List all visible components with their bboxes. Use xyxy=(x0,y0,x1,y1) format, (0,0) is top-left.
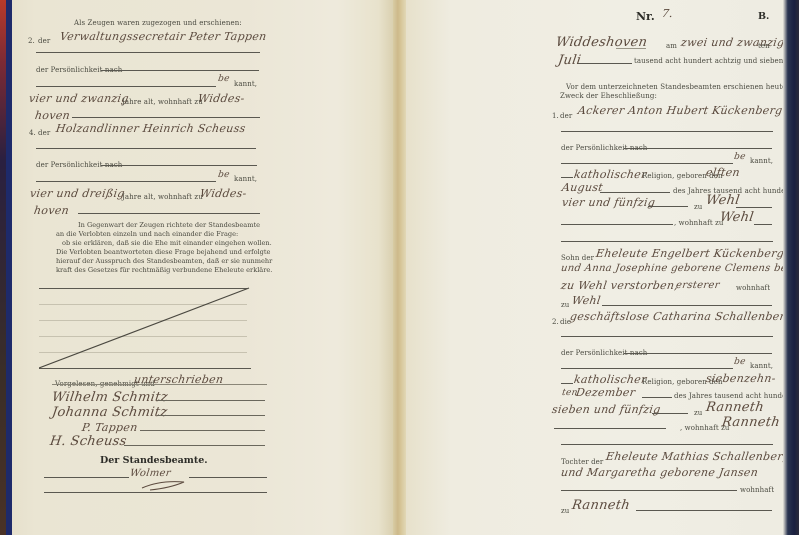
groom-parents-line-1: Eheleute Engelbert Kückenberg xyxy=(595,247,783,260)
declaration-line-3: ob sie erklären, daß sie die Ehe mit ein… xyxy=(62,239,272,248)
bride-birth-place-label: zu xyxy=(694,409,702,417)
bride-birth-year: sieben und fünfzig xyxy=(551,403,661,416)
groom-residence-label: , wohnhaft zu xyxy=(674,219,723,227)
rule xyxy=(578,63,632,64)
bride-name: geschäftslose Catharina Schallenberg xyxy=(569,310,783,323)
groom-birth-month: August xyxy=(561,181,604,194)
groom-birth-year: vier und fünfzig xyxy=(561,196,656,209)
rule xyxy=(101,70,259,71)
bride-parents-residence-label: wohnhaft xyxy=(740,486,774,494)
groom-birth-place-label: zu xyxy=(694,203,702,211)
groom-residence: Wehl xyxy=(719,210,755,225)
bride-known-hand: be xyxy=(733,357,746,367)
signature-4: H. Scheuss xyxy=(49,434,128,449)
rule xyxy=(44,477,129,478)
bride-parents-label: Tochter der xyxy=(561,458,603,466)
witness2-name: Holzandlinner Heinrich Scheuss xyxy=(55,122,246,135)
groom-birth-place: Wehl xyxy=(705,193,741,208)
witness1-age-label: Jahre alt, wohnhaft zu xyxy=(122,98,203,106)
signature-flourish xyxy=(140,478,190,492)
groom-parents-label: Sohn der xyxy=(561,254,594,262)
entry-number-label: Nr. xyxy=(636,10,655,23)
rule xyxy=(72,117,260,118)
bride-parents-line-1: Eheleute Mathias Schallenberg xyxy=(605,450,783,463)
rule xyxy=(561,368,733,369)
day-suffix: ten xyxy=(758,42,770,50)
left-page: Als Zeugen waren zugezogen und erschiene… xyxy=(12,0,394,535)
groom-parents-line-2: und Anna Josephine geborene Clemens beid… xyxy=(560,263,783,274)
marriage-month: Juli xyxy=(557,53,582,68)
witness1-article: der xyxy=(38,37,50,45)
witness1-age: vier und zwanzig xyxy=(28,92,130,105)
witness2-residence: Widdes- xyxy=(199,187,248,200)
bride-birth-month: Dezember xyxy=(575,386,636,399)
groom-known-hand: be xyxy=(733,152,746,162)
witness2-known-label: kannt, xyxy=(234,175,257,183)
strikeout-diagonal xyxy=(39,287,251,369)
witness2-article: der xyxy=(38,129,50,137)
rule xyxy=(140,430,265,431)
right-page: Nr. 7. B. Widdeshoven am zwei und zwanzi… xyxy=(406,0,783,535)
signature-1: Wilhelm Schmitz xyxy=(51,390,169,405)
witness1-name: Verwaltungssecretair Peter Tappen xyxy=(59,30,267,43)
book-binding-right xyxy=(783,0,799,535)
signature-2: Johanna Schmitz xyxy=(51,405,169,420)
rule xyxy=(36,52,260,53)
rule xyxy=(101,165,257,166)
groom-parents-line-3: zu Wehl verstorben, xyxy=(560,279,679,292)
rule xyxy=(624,353,772,354)
bride-parents-line-2: und Margaretha geborene Jansen xyxy=(560,466,759,479)
rule xyxy=(636,510,772,511)
rule xyxy=(736,207,772,208)
declaration-line-6: kraft des Gesetzes für rechtmäßig verbun… xyxy=(56,266,272,275)
groom-known-label: kannt, xyxy=(750,157,773,165)
date-prefix: am xyxy=(666,42,677,50)
entry-number: 7. xyxy=(661,7,674,20)
groom-parents-line-4: ersterer xyxy=(675,280,720,291)
bride-birth-place: Ranneth xyxy=(705,400,765,415)
bride-birth-day: siebenzehn- xyxy=(705,372,777,385)
witness1-residence: Widdes- xyxy=(197,92,246,105)
bride-residence: Ranneth xyxy=(721,415,781,430)
rule xyxy=(561,444,773,445)
bride-parents-residence: Ranneth xyxy=(571,498,631,513)
groom-parents-residence: Wehl xyxy=(571,294,602,307)
rule xyxy=(561,131,773,132)
bride-number: 2. xyxy=(552,318,559,326)
rule xyxy=(561,177,573,178)
section-letter: B. xyxy=(758,11,769,22)
rule xyxy=(648,206,688,207)
witness2-residence-cont: hoven xyxy=(33,204,70,217)
rule xyxy=(602,305,772,306)
rule xyxy=(52,384,267,385)
declaration-line-5: hierauf der Ausspruch des Standesbeamten… xyxy=(56,257,272,266)
rule xyxy=(561,490,737,491)
year-label: tausend acht hundert achtzig und sieben. xyxy=(634,57,783,65)
intro-line-1: Vor dem unterzeichneten Standesbeamten e… xyxy=(566,83,783,91)
rule xyxy=(36,86,216,87)
groom-religion: katholischer xyxy=(573,168,647,181)
witness1-number: 2. xyxy=(28,37,35,45)
rule xyxy=(124,445,265,446)
declaration-line-4: Die Verlobten beantworteten diese Frage … xyxy=(56,248,270,257)
rule xyxy=(157,415,265,416)
signature-3: P. Tappen xyxy=(81,421,138,434)
rule xyxy=(652,413,688,414)
rule xyxy=(157,400,265,401)
groom-parents-residence-prefix: zu xyxy=(561,301,569,309)
rule xyxy=(561,241,773,242)
witness1-known-hand: be xyxy=(217,74,230,84)
witness1-known-label: kannt, xyxy=(234,80,257,88)
rule xyxy=(600,192,670,193)
officer-title: Der Standesbeamte. xyxy=(100,455,208,466)
rule xyxy=(561,224,673,225)
rule xyxy=(78,213,260,214)
declaration-line-1: In Gegenwart der Zeugen richtete der Sta… xyxy=(78,221,260,230)
rule xyxy=(36,148,256,149)
rule xyxy=(642,397,672,398)
intro-line-2: Zweck der Eheschließung: xyxy=(560,92,657,100)
groom-name: Ackerer Anton Hubert Kückenberg xyxy=(577,104,783,117)
bride-birth-year-label: des Jahres tausend acht hundert xyxy=(674,392,783,400)
declaration-line-2: an die Verlobten einzeln und nach einand… xyxy=(56,230,238,239)
witness2-known-hand: be xyxy=(217,170,230,180)
bride-parents-residence-prefix: zu xyxy=(561,507,569,515)
witness2-age: vier und dreißig xyxy=(29,187,126,200)
groom-number: 1. xyxy=(552,112,559,120)
rule xyxy=(554,428,666,429)
rule xyxy=(561,383,573,384)
rule xyxy=(44,492,267,493)
witnesses-intro: Als Zeugen waren zugezogen und erschiene… xyxy=(74,19,242,27)
witness1-residence-cont: hoven xyxy=(34,109,71,122)
groom-article: der xyxy=(560,112,572,120)
rule xyxy=(616,48,646,49)
groom-birth-day: elften xyxy=(705,166,741,179)
rule xyxy=(561,336,773,337)
groom-parents-residence-label: wohnhaft xyxy=(736,284,770,292)
rule xyxy=(754,224,772,225)
rule xyxy=(36,181,216,182)
witness2-age-label: Jahre alt, wohnhaft zu xyxy=(122,193,203,201)
book-gutter xyxy=(393,0,407,535)
rule xyxy=(561,163,733,164)
witness2-number: 4. xyxy=(29,129,36,137)
bride-religion: katholischer xyxy=(573,373,647,386)
rule xyxy=(624,148,772,149)
rule xyxy=(189,477,267,478)
bride-known-label: kannt, xyxy=(750,362,773,370)
